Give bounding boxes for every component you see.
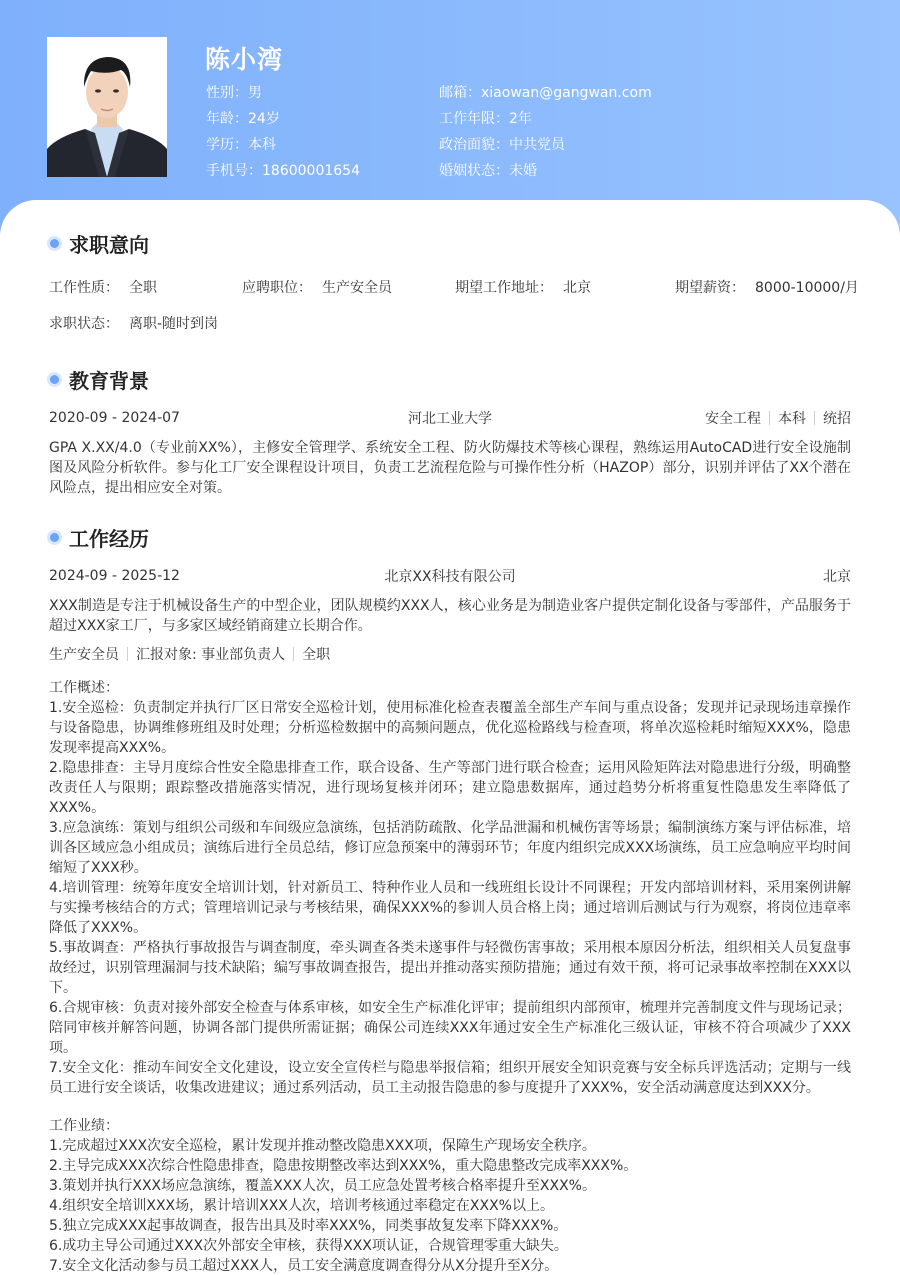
email-info: 邮箱：xiaowan@gangwan.com <box>439 83 652 109</box>
political-status-info: 政治面貌：中共党员 <box>439 135 652 161</box>
overview-item: 1.安全巡检：负责制定并执行厂区日常安全巡检计划，使用标准化检查表覆盖全部生产车… <box>49 698 851 758</box>
education-level-info: 学历：本科 <box>206 135 360 161</box>
candidate-name: 陈小湾 <box>205 40 283 76</box>
achievements-title: 工作业绩： <box>49 1116 851 1136</box>
intent-job-type: 工作性质：全职 <box>49 277 157 297</box>
overview-item: 7.安全文化：推动车间安全文化建设，设立安全宣传栏与隐患举报信箱；组织开展安全知… <box>49 1058 851 1098</box>
work-overview: 工作概述： 1.安全巡检：负责制定并执行厂区日常安全巡检计划，使用标准化检查表覆… <box>49 678 851 1098</box>
achievement-item: 7.安全文化活动参与员工超过XXX人，员工安全满意度调查得分从X分提升至X分。 <box>49 1256 851 1275</box>
avatar-photo <box>47 37 167 177</box>
person-portrait-icon <box>47 37 167 177</box>
work-years-info: 工作年限：2年 <box>439 109 652 135</box>
overview-item: 3.应急演练：策划与组织公司级和车间级应急演练，包括消防疏散、化学品泄漏和机械伤… <box>49 818 851 878</box>
section-title-intent: 求职意向 <box>48 229 149 258</box>
overview-item: 2.隐患排查：主导月度综合性安全隐患排查工作，联合设备、生产等部门进行联合检查；… <box>49 758 851 818</box>
basic-info-right: 邮箱：xiaowan@gangwan.com 工作年限：2年 政治面貌：中共党员… <box>439 83 652 187</box>
overview-item: 4.培训管理：统筹年度安全培训计划，针对新员工、特种作业人员和一线班组长设计不同… <box>49 878 851 938</box>
gender-info: 性别：男 <box>206 83 360 109</box>
education-description: GPA X.XX/4.0（专业前XX%），主修安全管理学、系统安全工程、防火防爆… <box>49 438 851 498</box>
achievement-item: 3.策划并执行XXX场应急演练，覆盖XXX人次，员工应急处置考核合格率提升至XX… <box>49 1176 851 1196</box>
age-info: 年龄：24岁 <box>206 109 360 135</box>
achievement-item: 5.独立完成XXX起事故调查，报告出具及时率XXX%，同类事故复发率下降XXX%… <box>49 1216 851 1236</box>
school-name: 河北工业大学 <box>49 408 851 428</box>
education-header-row: 2020-09 - 2024-07 河北工业大学 安全工程本科统招 <box>49 408 851 428</box>
phone-info: 手机号：18600001654 <box>206 161 360 187</box>
basic-info-left: 性别：男 年龄：24岁 学历：本科 手机号：18600001654 <box>206 83 360 187</box>
intent-location: 期望工作地址：北京 <box>455 277 591 297</box>
bullet-dot-icon <box>50 533 59 542</box>
section-title-work: 工作经历 <box>48 523 149 552</box>
overview-item: 6.合规审核：负责对接外部安全检查与体系审核，如安全生产标准化评审；提前组织内部… <box>49 998 851 1058</box>
overview-item: 5.事故调查：严格执行事故报告与调查制度，牵头调查各类未遂事件与轻微伤害事故；采… <box>49 938 851 998</box>
intent-salary: 期望薪资：8000-10000/月 <box>675 277 859 297</box>
bullet-dot-icon <box>50 375 59 384</box>
intent-status: 求职状态：离职-随时到岗 <box>49 313 218 333</box>
marital-status-info: 婚姻状态：未婚 <box>439 161 652 187</box>
section-title-education: 教育背景 <box>48 365 149 394</box>
company-description: XXX制造是专注于机械设备生产的中型企业，团队规模约XXX人，核心业务是为制造业… <box>49 596 851 636</box>
achievement-item: 2.主导完成XXX次综合性隐患排查，隐患按期整改率达到XXX%，重大隐患整改完成… <box>49 1156 851 1176</box>
work-tags: 生产安全员汇报对象: 事业部负责人全职 <box>49 644 851 664</box>
achievement-item: 1.完成超过XXX次安全巡检，累计发现并推动整改隐患XXX项，保障生产现场安全秩… <box>49 1136 851 1156</box>
company-name: 北京XX科技有限公司 <box>49 566 851 586</box>
work-header-row: 2024-09 - 2025-12 北京XX科技有限公司 北京 <box>49 566 851 586</box>
overview-title: 工作概述： <box>49 678 851 698</box>
achievement-item: 6.成功主导公司通过XXX次外部安全审核，获得XXX项认证，合规管理零重大缺失。 <box>49 1236 851 1256</box>
achievement-item: 4.组织安全培训XXX场，累计培训XXX人次，培训考核通过率稳定在XXX%以上。 <box>49 1196 851 1216</box>
bullet-dot-icon <box>50 239 59 248</box>
work-achievements: 工作业绩： 1.完成超过XXX次安全巡检，累计发现并推动整改隐患XXX项，保障生… <box>49 1116 851 1275</box>
intent-position: 应聘职位：生产安全员 <box>242 277 392 297</box>
